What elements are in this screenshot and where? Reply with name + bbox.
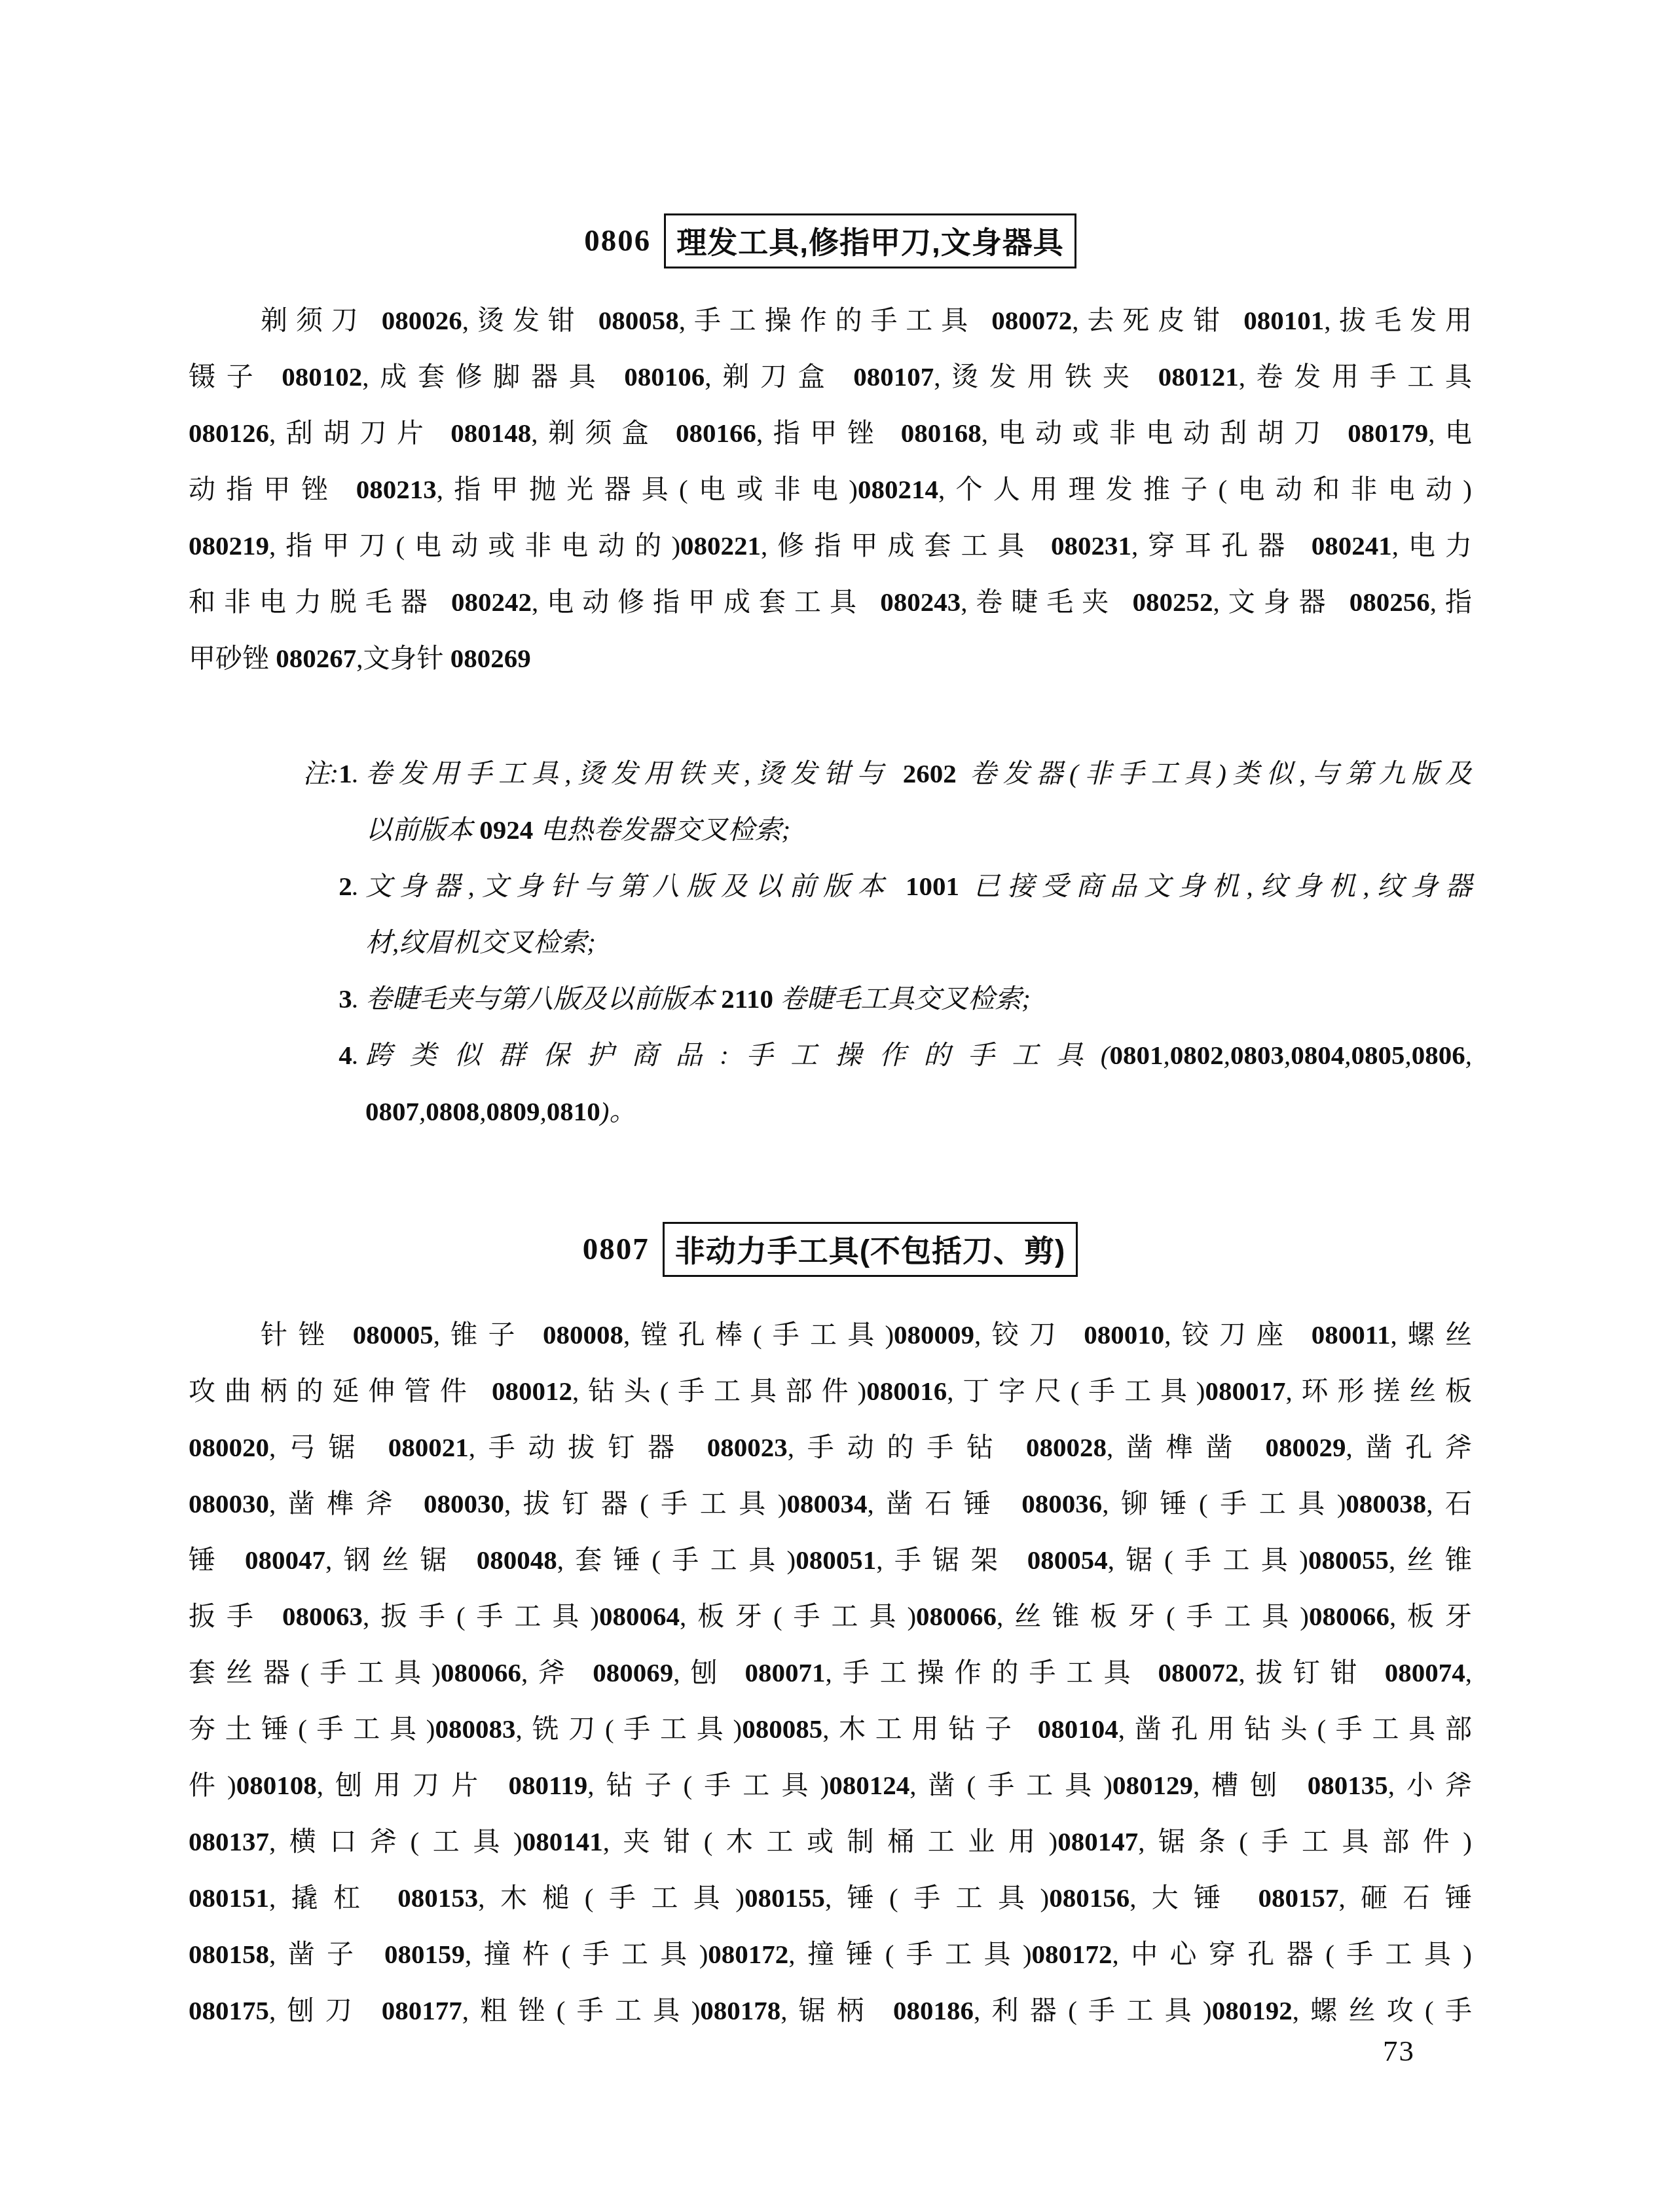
note-item-4: 4. 跨类似群保护商品:手工操作的手工具(0801,0802,0803,0804… xyxy=(189,1027,1472,1139)
body-line: 套丝器(手工具)080066,斧 080069,刨 080071,手工操作的手工… xyxy=(189,1644,1472,1701)
note-text: 卷发用手工具,烫发用铁夹,烫发钳与 2602 卷发器(非手工具)类似,与第九版及… xyxy=(365,745,1472,858)
note-gutter xyxy=(189,1027,268,1139)
section-code-0807: 0807 xyxy=(583,1232,650,1267)
note-item-2: 2. 文身器,文身针与第八版及以前版本 1001 已接受商品文身机,纹身机,纹身… xyxy=(189,858,1472,970)
section-title-box-0806: 理发工具,修指甲刀,文身器具 xyxy=(664,213,1076,268)
note-line: 卷睫毛夹与第八版及以前版本 2110 卷睫毛工具交叉检索; xyxy=(365,970,1472,1027)
paragraph-0806: 剃须刀 080026,烫发钳 080058,手工操作的手工具 080072,去死… xyxy=(189,292,1472,686)
body-line: 080020,弓锯 080021,手动拔钉器 080023,手动的手钻 0800… xyxy=(189,1419,1472,1475)
body-line: 080151,撬杠 080153,木槌(手工具)080155,锤(手工具)080… xyxy=(189,1870,1472,1926)
note-gutter xyxy=(189,745,268,858)
body-line: 攻曲柄的延伸管件 080012,钻头(手工具部件)080016,丁字尺(手工具)… xyxy=(189,1363,1472,1419)
note-text: 跨类似群保护商品:手工操作的手工具(0801,0802,0803,0804,08… xyxy=(365,1027,1472,1139)
note-line: 跨类似群保护商品:手工操作的手工具(0801,0802,0803,0804,08… xyxy=(365,1027,1472,1083)
body-line: 件)080108,刨用刀片 080119,钻子(手工具)080124,凿(手工具… xyxy=(189,1757,1472,1813)
note-line: 0807,0808,0809,0810)。 xyxy=(365,1083,1472,1139)
body-line: 锤 080047,钢丝锯 080048,套锤(手工具)080051,手锯架 08… xyxy=(189,1532,1472,1588)
note-gutter xyxy=(189,858,268,970)
body-line: 080158,凿子 080159,撞杵(手工具)080172,撞锤(手工具)08… xyxy=(189,1926,1472,1982)
note-item-1: 注:1. 卷发用手工具,烫发用铁夹,烫发钳与 2602 卷发器(非手工具)类似,… xyxy=(189,745,1472,858)
note-line: 文身器,文身针与第八版及以前版本 1001 已接受商品文身机,纹身机,纹身器 xyxy=(365,858,1472,914)
section-code-0806: 0806 xyxy=(584,223,651,259)
note-line: 材,纹眉机交叉检索; xyxy=(365,914,1472,970)
body-line: 动指甲锉 080213,指甲抛光器具(电或非电)080214,个人用理发推子(电… xyxy=(189,461,1472,517)
note-label: 2. xyxy=(268,858,365,970)
note-label: 注:1. xyxy=(268,745,365,858)
body-line: 夯土锤(手工具)080083,铣刀(手工具)080085,木工用钻子 08010… xyxy=(189,1701,1472,1757)
body-line: 和非电力脱毛器 080242,电动修指甲成套工具 080243,卷睫毛夹 080… xyxy=(189,574,1472,630)
paragraph-0807: 针锉 080005,锥子 080008,镗孔棒(手工具)080009,铰刀 08… xyxy=(189,1306,1472,2038)
body-line: 扳手 080063,扳手(手工具)080064,板牙(手工具)080066,丝锥… xyxy=(189,1588,1472,1644)
section-title-box-0807: 非动力手工具(不包括刀、剪) xyxy=(663,1222,1078,1277)
note-label: 3. xyxy=(268,970,365,1027)
note-gutter xyxy=(189,970,268,1027)
body-line: 080137,横口斧(工具)080141,夹钳(木工或制桶工业用)080147,… xyxy=(189,1813,1472,1870)
page-number: 73 xyxy=(1383,2034,1415,2068)
body-line: 080175,刨刀 080177,粗锉(手工具)080178,锯柄 080186… xyxy=(189,1982,1472,2038)
document-page: 0806 理发工具,修指甲刀,文身器具 剃须刀 080026,烫发钳 08005… xyxy=(0,0,1671,2212)
note-item-3: 3. 卷睫毛夹与第八版及以前版本 2110 卷睫毛工具交叉检索; xyxy=(189,970,1472,1027)
body-line: 甲砂锉 080267,文身针 080269 xyxy=(189,630,1472,686)
body-line: 针锉 080005,锥子 080008,镗孔棒(手工具)080009,铰刀 08… xyxy=(189,1306,1472,1363)
note-label: 4. xyxy=(268,1027,365,1139)
body-line: 剃须刀 080026,烫发钳 080058,手工操作的手工具 080072,去死… xyxy=(189,292,1472,348)
note-line: 卷发用手工具,烫发用铁夹,烫发钳与 2602 卷发器(非手工具)类似,与第九版及 xyxy=(365,745,1472,802)
heading-0807: 0807 非动力手工具(不包括刀、剪) xyxy=(189,1222,1472,1277)
note-line: 以前版本 0924 电热卷发器交叉检索; xyxy=(365,802,1472,858)
note-text: 卷睫毛夹与第八版及以前版本 2110 卷睫毛工具交叉检索; xyxy=(365,970,1472,1027)
note-text: 文身器,文身针与第八版及以前版本 1001 已接受商品文身机,纹身机,纹身器 材… xyxy=(365,858,1472,970)
body-line: 080030,凿榫斧 080030,拔钉器(手工具)080034,凿石锤 080… xyxy=(189,1475,1472,1532)
heading-0806: 0806 理发工具,修指甲刀,文身器具 xyxy=(189,213,1472,268)
body-line: 080219,指甲刀(电动或非电动的)080221,修指甲成套工具 080231… xyxy=(189,517,1472,574)
body-line: 镊子 080102,成套修脚器具 080106,剃刀盒 080107,烫发用铁夹… xyxy=(189,348,1472,405)
body-line: 080126,刮胡刀片 080148,剃须盒 080166,指甲锉 080168… xyxy=(189,405,1472,461)
notes-0806: 注:1. 卷发用手工具,烫发用铁夹,烫发钳与 2602 卷发器(非手工具)类似,… xyxy=(189,745,1472,1139)
